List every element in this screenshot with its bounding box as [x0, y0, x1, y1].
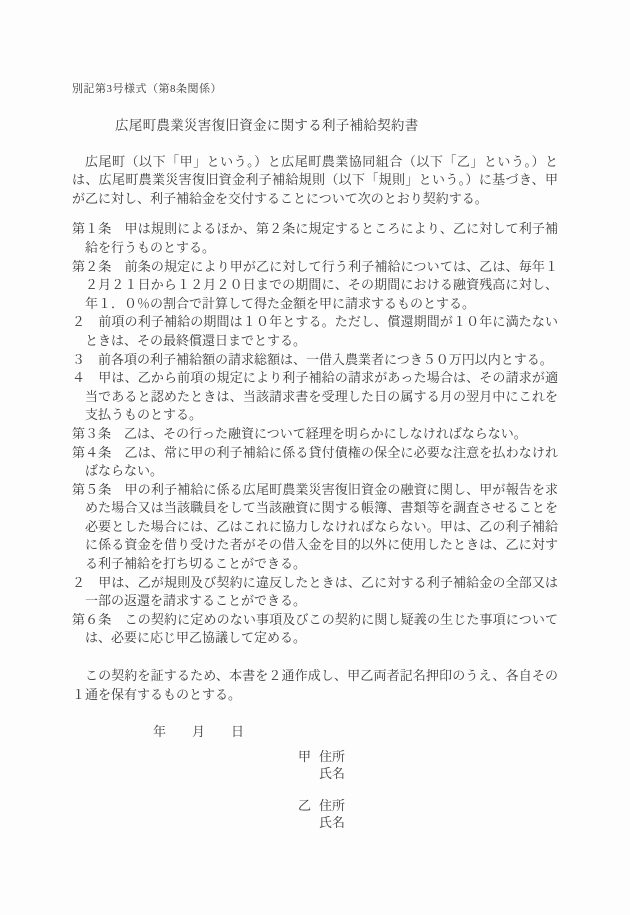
articles-section: 第１条 甲は規則によるほか、第２条に規定するところにより、乙に対して利子補給を行…: [72, 220, 558, 648]
document-title: 広尾町農業災害復旧資金に関する利子補給契約書: [115, 117, 558, 136]
article-2-para-4: ４ 甲は、乙から前項の規定により利子補給の請求があった場合は、その請求が適当であ…: [72, 369, 558, 425]
article-2-para-1: 第２条 前条の規定により甲が乙に対して行う利子補給については、乙は、毎年１２月２…: [72, 258, 558, 314]
address-label-otsu: 住所: [319, 797, 345, 814]
article-5-para-2: ２ 甲は、乙が規則及び契約に違反したときは、乙に対する利子補給金の全部又は一部の…: [72, 574, 558, 611]
name-label-otsu: 氏名: [319, 814, 345, 831]
article-3: 第３条 乙は、その行った融資について経理を明らかにしなければならない。: [72, 425, 558, 444]
signature-fields-otsu: 住所 氏名: [319, 797, 345, 831]
closing-statement: この契約を証するため、本書を２通作成し、甲乙両者記名押印のうえ、各自その１通を保…: [72, 667, 558, 704]
article-4: 第４条 乙は、常に甲の利子補給に係る貸付債権の保全に必要な注意を払わなければなら…: [72, 444, 558, 481]
party-label-kou: 甲: [298, 748, 311, 767]
article-2-para-3: ３ 前各項の利子補給額の請求総額は、一借入農業者につき５０万円以内とする。: [72, 351, 558, 370]
party-label-otsu: 乙: [298, 797, 311, 816]
article-1: 第１条 甲は規則によるほか、第２条に規定するところにより、乙に対して利子補給を行…: [72, 220, 558, 257]
address-label-kou: 住所: [319, 748, 345, 765]
article-5-para-1: 第５条 甲の利子補給に係る広尾町農業災害復旧資金の融資に関し、甲が報告を求めた場…: [72, 481, 558, 574]
article-2-para-2: ２ 前項の利子補給の期間は１０年とする。ただし、償還期間が１０年に満たないときは…: [72, 313, 558, 350]
contract-document-page: 別記第3号様式（第8条関係） 広尾町農業災害復旧資金に関する利子補給契約書 広尾…: [0, 0, 630, 915]
name-label-kou: 氏名: [319, 765, 345, 782]
signature-block-kou: 甲 住所 氏名: [298, 748, 558, 782]
preamble-paragraph: 広尾町（以下「甲」という。）と広尾町農業協同組合（以下「乙」という。）とは、広尾…: [72, 153, 558, 209]
signature-section: 甲 住所 氏名 乙 住所 氏名: [72, 748, 558, 831]
form-number-label: 別記第3号様式（第8条関係）: [72, 82, 558, 96]
article-6: 第６条 この契約に定めのない事項及びこの契約に関し疑義の生じた事項については、必…: [72, 611, 558, 648]
signature-fields-kou: 住所 氏名: [319, 748, 345, 782]
signature-block-otsu: 乙 住所 氏名: [298, 797, 558, 831]
date-line: 年 月 日: [153, 723, 558, 742]
